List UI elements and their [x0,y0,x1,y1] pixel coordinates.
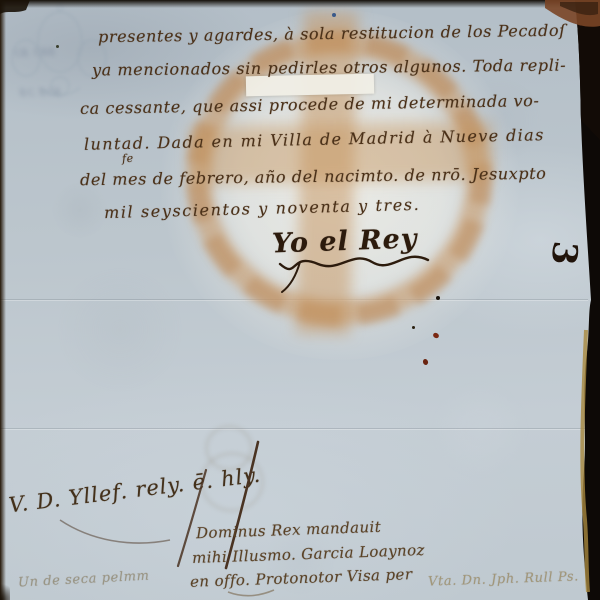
ink-speck [412,326,415,329]
ink-speck [332,13,336,17]
manuscript-photo: ꞩꞩↄ ꞩɔ ꞩↄꞩ ɔꞩ presentes y agardes, à sol… [0,0,600,600]
page-corner-bottom-left [0,582,10,600]
interlinear-insertion: fe [122,152,135,166]
ink-speck [56,45,59,48]
royal-signature: Yo el Rey [272,223,418,259]
folio-margin-mark: 3 [543,239,585,267]
page-edge-top [0,0,600,8]
verso-bleedthrough-text: ꞩↄꞩ ɔꞩ [20,84,62,101]
fold-crease [0,428,588,430]
verso-bleedthrough-text: ꞩꞩↄ ꞩɔ [14,43,57,60]
page-edge-left [0,0,6,600]
ink-speck [436,296,440,300]
